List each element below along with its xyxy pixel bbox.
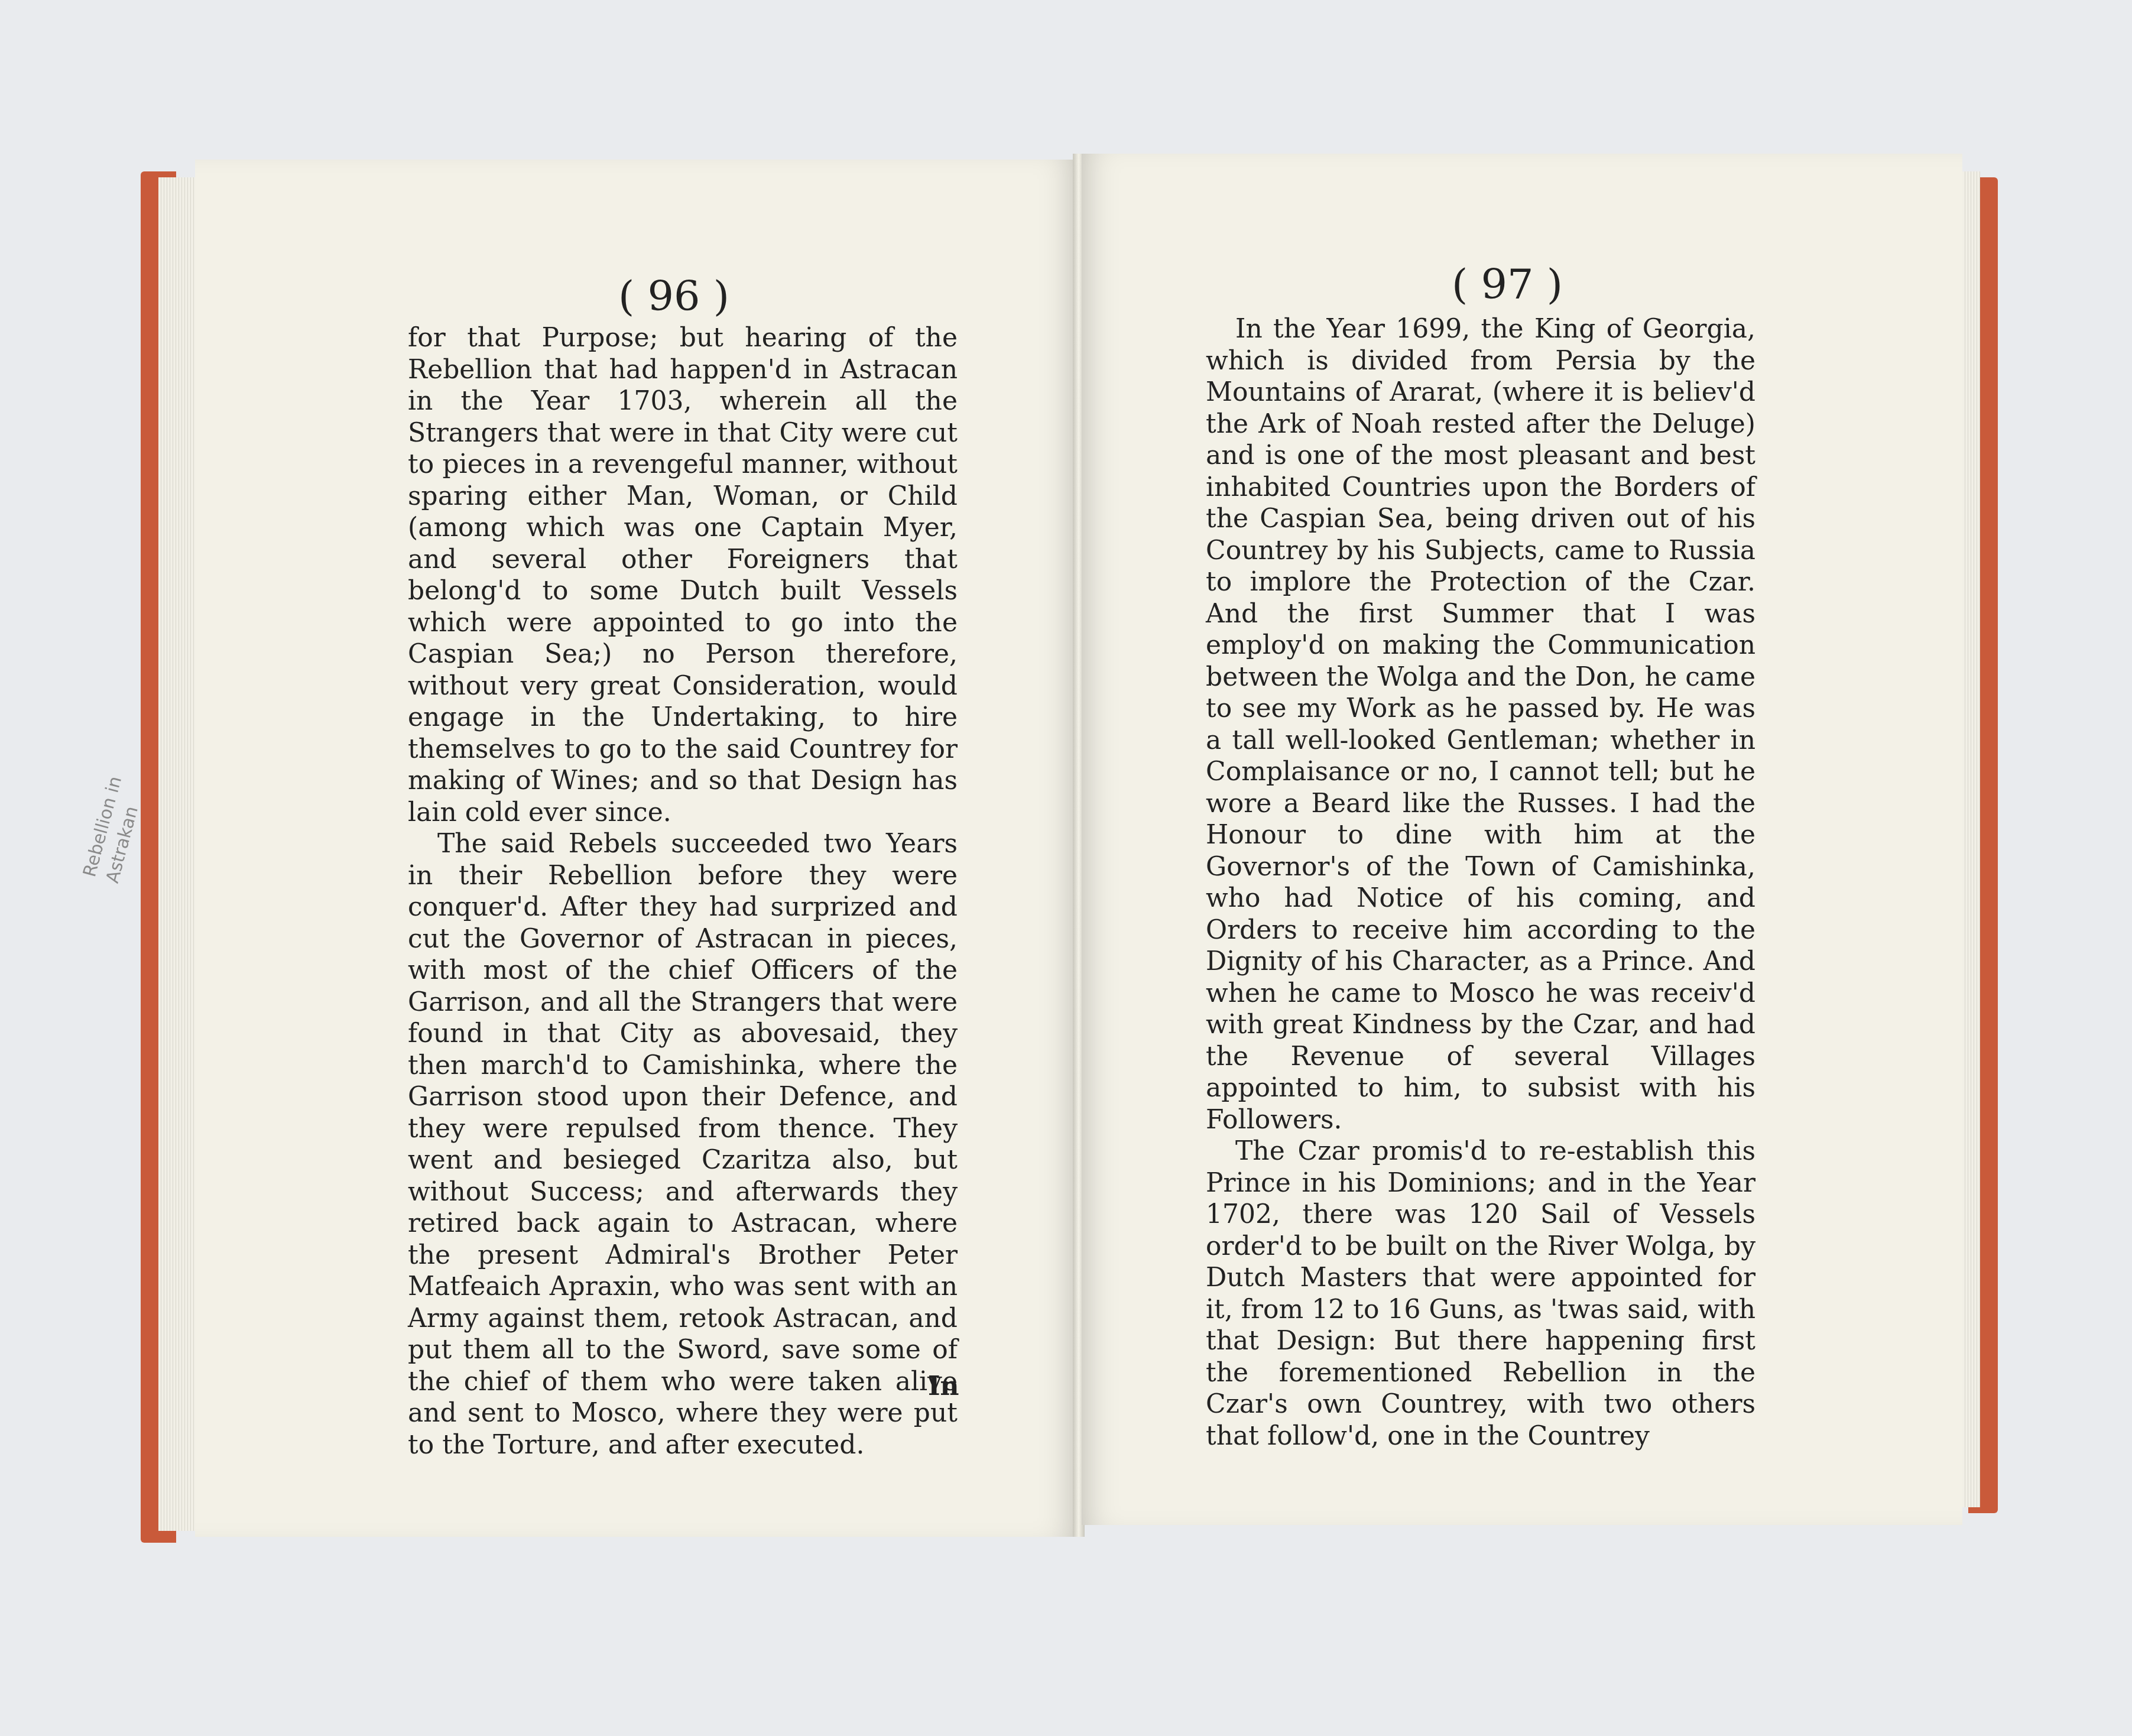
page-number: ( 97 ) — [1419, 260, 1596, 309]
paragraph: The Czar promis'd to re-establish this P… — [1206, 1135, 1755, 1452]
page-number: ( 96 ) — [585, 272, 762, 320]
paragraph: In the Year 1699, the King of Georgia, w… — [1206, 313, 1755, 1135]
page-text: for that Purpose; but hearing of the Reb… — [408, 322, 958, 1461]
paragraph: for that Purpose; but hearing of the Reb… — [408, 322, 958, 828]
catchword: In — [928, 1371, 959, 1401]
paragraph: The said Rebels succeeded two Years in t… — [408, 828, 958, 1461]
page-text: In the Year 1699, the King of Georgia, w… — [1206, 313, 1755, 1452]
right-page: ( 97 ) In the Year 1699, the King of Geo… — [1082, 154, 1962, 1525]
left-page: ( 96 ) for that Purpose; but hearing of … — [195, 160, 1076, 1537]
